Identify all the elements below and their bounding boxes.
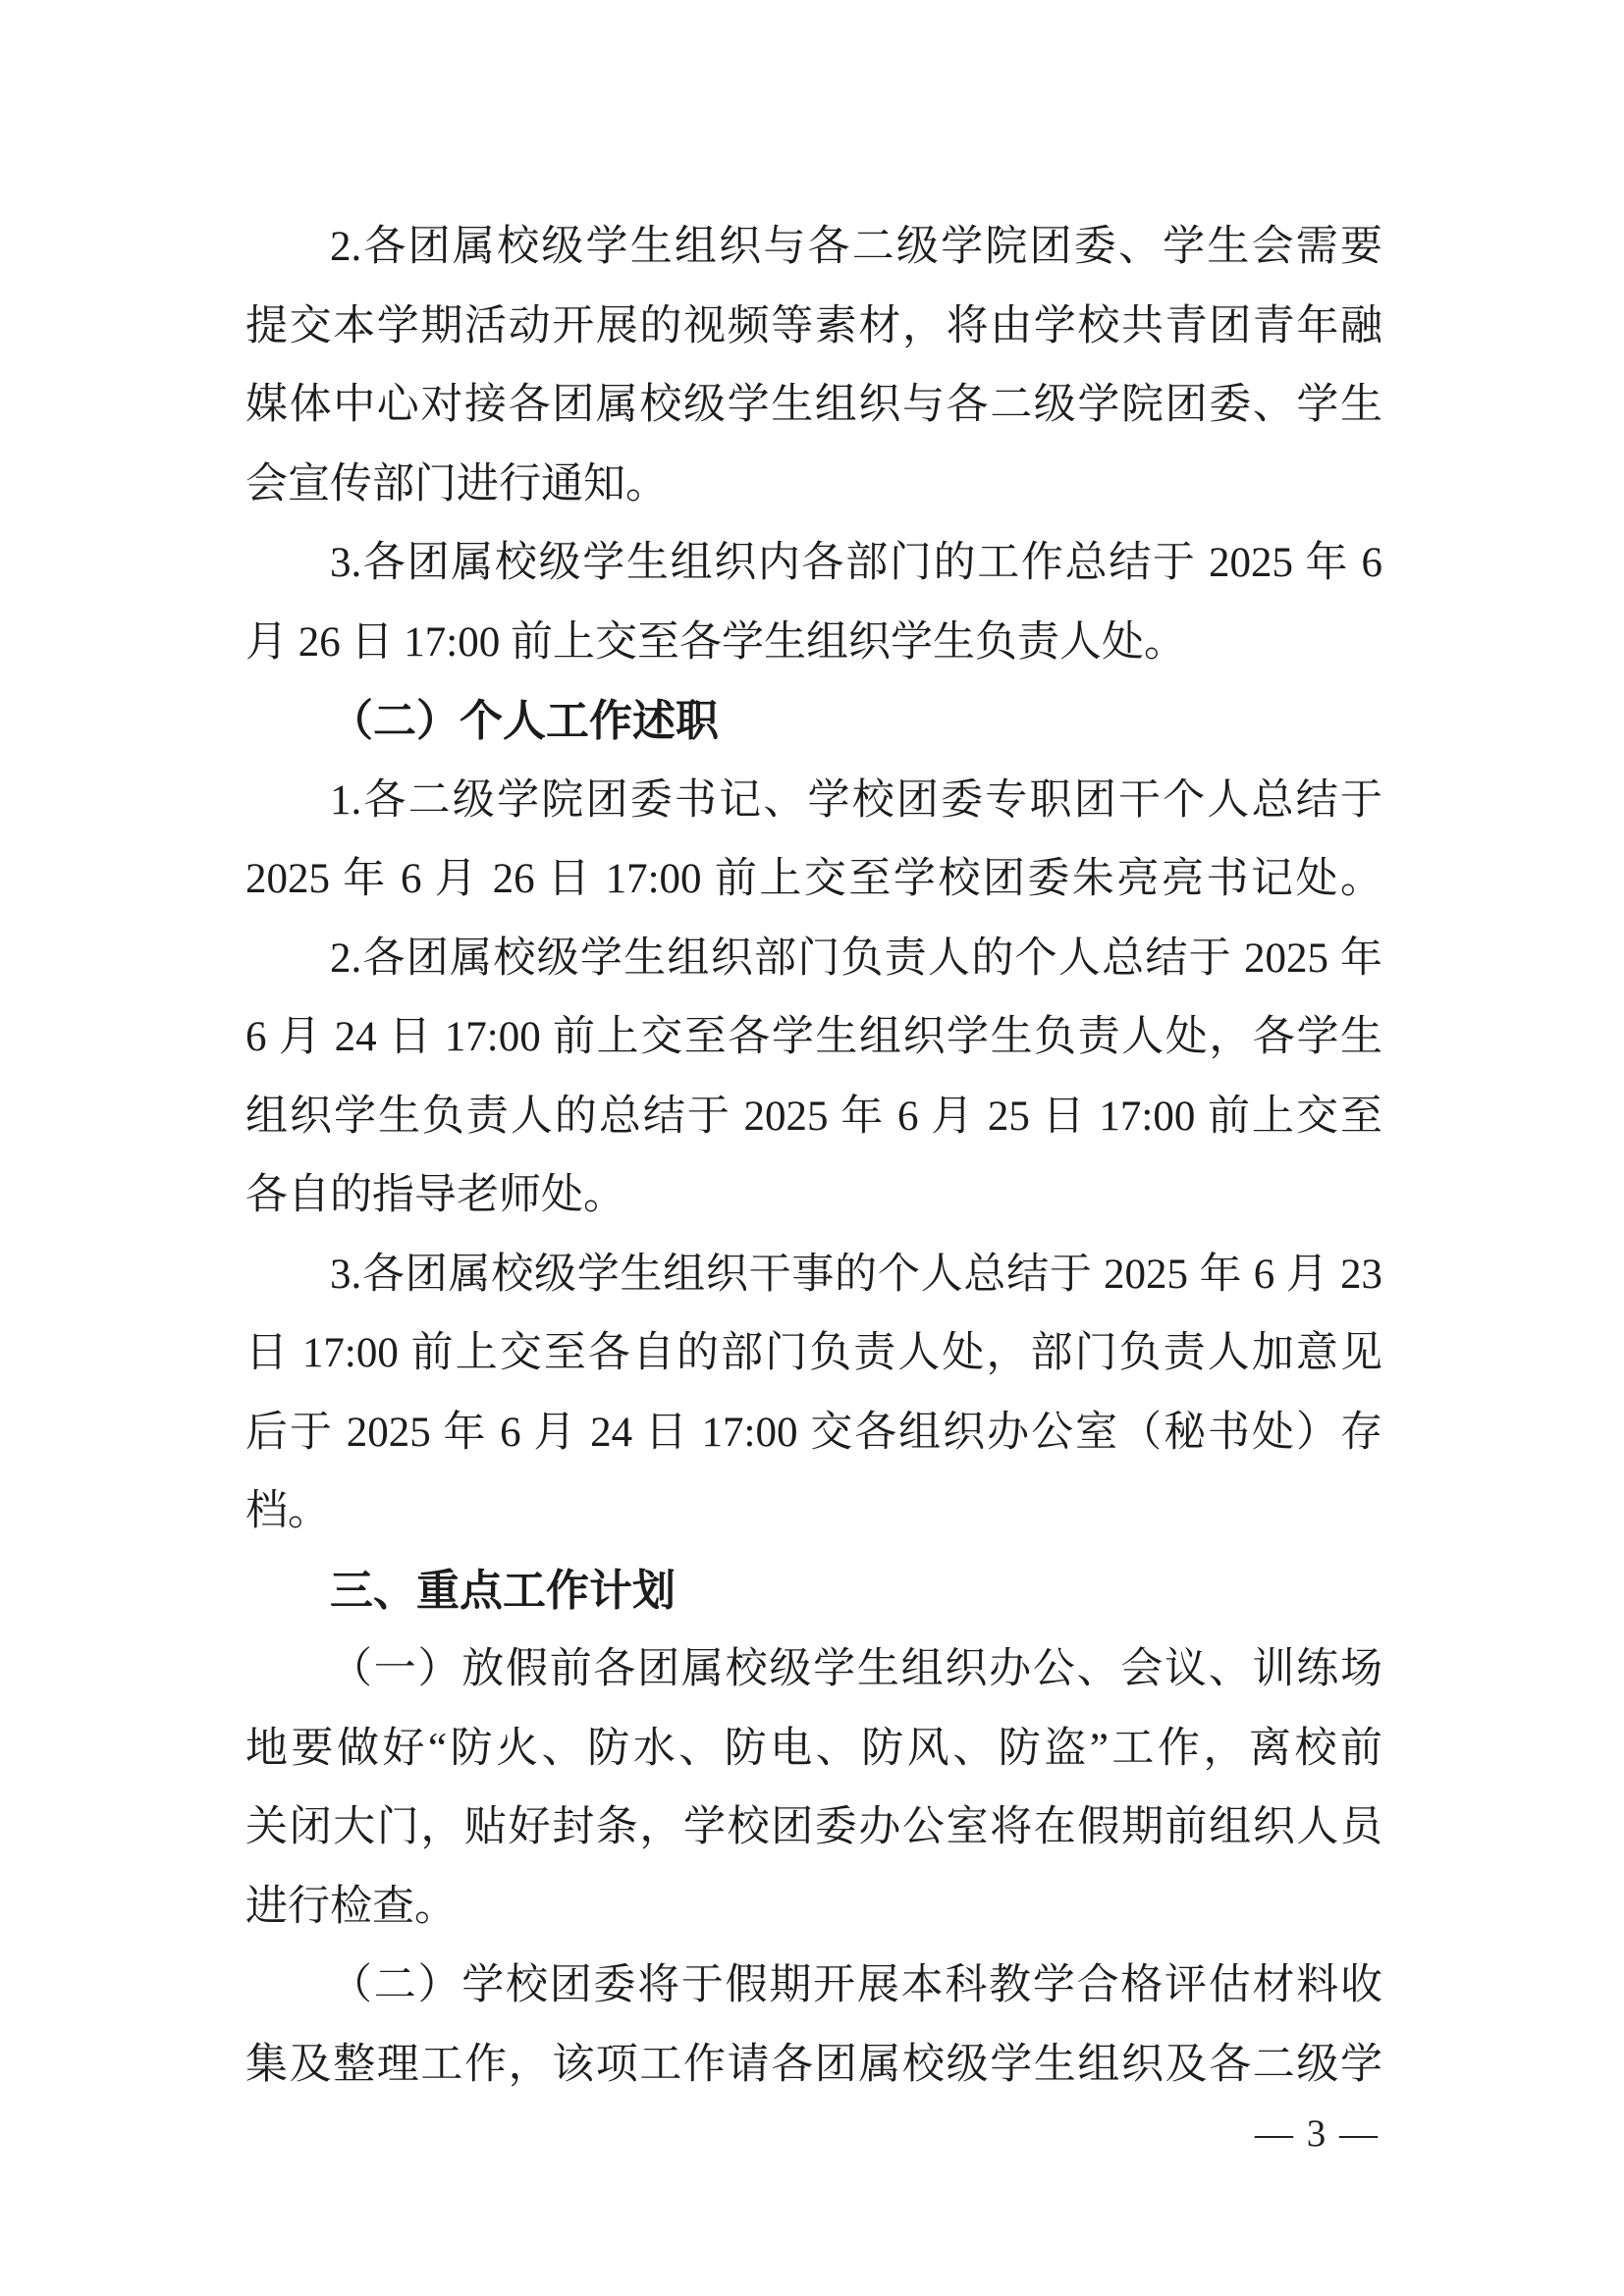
text-line: 2.各团属校级学生组织部门负责人的个人总结于 2025 年 [245, 920, 1382, 999]
section-heading: 三、重点工作计划 [245, 1552, 1382, 1631]
text-line: 各自的指导老师处。 [245, 1156, 1382, 1236]
text-line: 3.各团属校级学生组织干事的个人总结于 2025 年 6 月 23 [245, 1236, 1382, 1315]
text-line: 组织学生负责人的总结于 2025 年 6 月 25 日 17:00 前上交至 [245, 1078, 1382, 1157]
text-line: 提交本学期活动开展的视频等素材，将由学校共青团青年融 [245, 288, 1382, 367]
text-line: 1.各二级学院团委书记、学校团委专职团干个人总结于 [245, 762, 1382, 841]
section-heading: （二）个人工作述职 [245, 682, 1382, 762]
text-line: （一）放假前各团属校级学生组织办公、会议、训练场 [245, 1630, 1382, 1710]
text-line: 6 月 24 日 17:00 前上交至各学生组织学生负责人处，各学生 [245, 998, 1382, 1078]
text-line: （二）学校团委将于假期开展本科教学合格评估材料收 [245, 1947, 1382, 2026]
text-line: 关闭大门，贴好封条，学校团委办公室将在假期前组织人员 [245, 1789, 1382, 1868]
text-line: 2025 年 6 月 26 日 17:00 前上交至学校团委朱亮亮书记处。 [245, 840, 1382, 920]
text-line: 2.各团属校级学生组织与各二级学院团委、学生会需要 [245, 208, 1382, 288]
document-body: 2.各团属校级学生组织与各二级学院团委、学生会需要提交本学期活动开展的视频等素材… [245, 208, 1382, 2105]
text-line: 媒体中心对接各团属校级学生组织与各二级学院团委、学生 [245, 366, 1382, 446]
text-line: 地要做好“防火、防水、防电、防风、防盗”工作，离校前 [245, 1710, 1382, 1789]
text-line: 进行检查。 [245, 1868, 1382, 1948]
document-page: 2.各团属校级学生组织与各二级学院团委、学生会需要提交本学期活动开展的视频等素材… [0, 0, 1624, 2296]
text-line: 档。 [245, 1472, 1382, 1552]
text-line: 3.各团属校级学生组织内各部门的工作总结于 2025 年 6 [245, 524, 1382, 604]
text-line: 集及整理工作，该项工作请各团属校级学生组织及各二级学 [245, 2026, 1382, 2106]
text-line: 月 26 日 17:00 前上交至各学生组织学生负责人处。 [245, 604, 1382, 683]
text-line: 日 17:00 前上交至各自的部门负责人处，部门负责人加意见 [245, 1314, 1382, 1394]
text-line: 后于 2025 年 6 月 24 日 17:00 交各组织办公室（秘书处）存 [245, 1394, 1382, 1473]
page-number: — 3 — [1255, 2110, 1380, 2158]
text-line: 会宣传部门进行通知。 [245, 446, 1382, 525]
